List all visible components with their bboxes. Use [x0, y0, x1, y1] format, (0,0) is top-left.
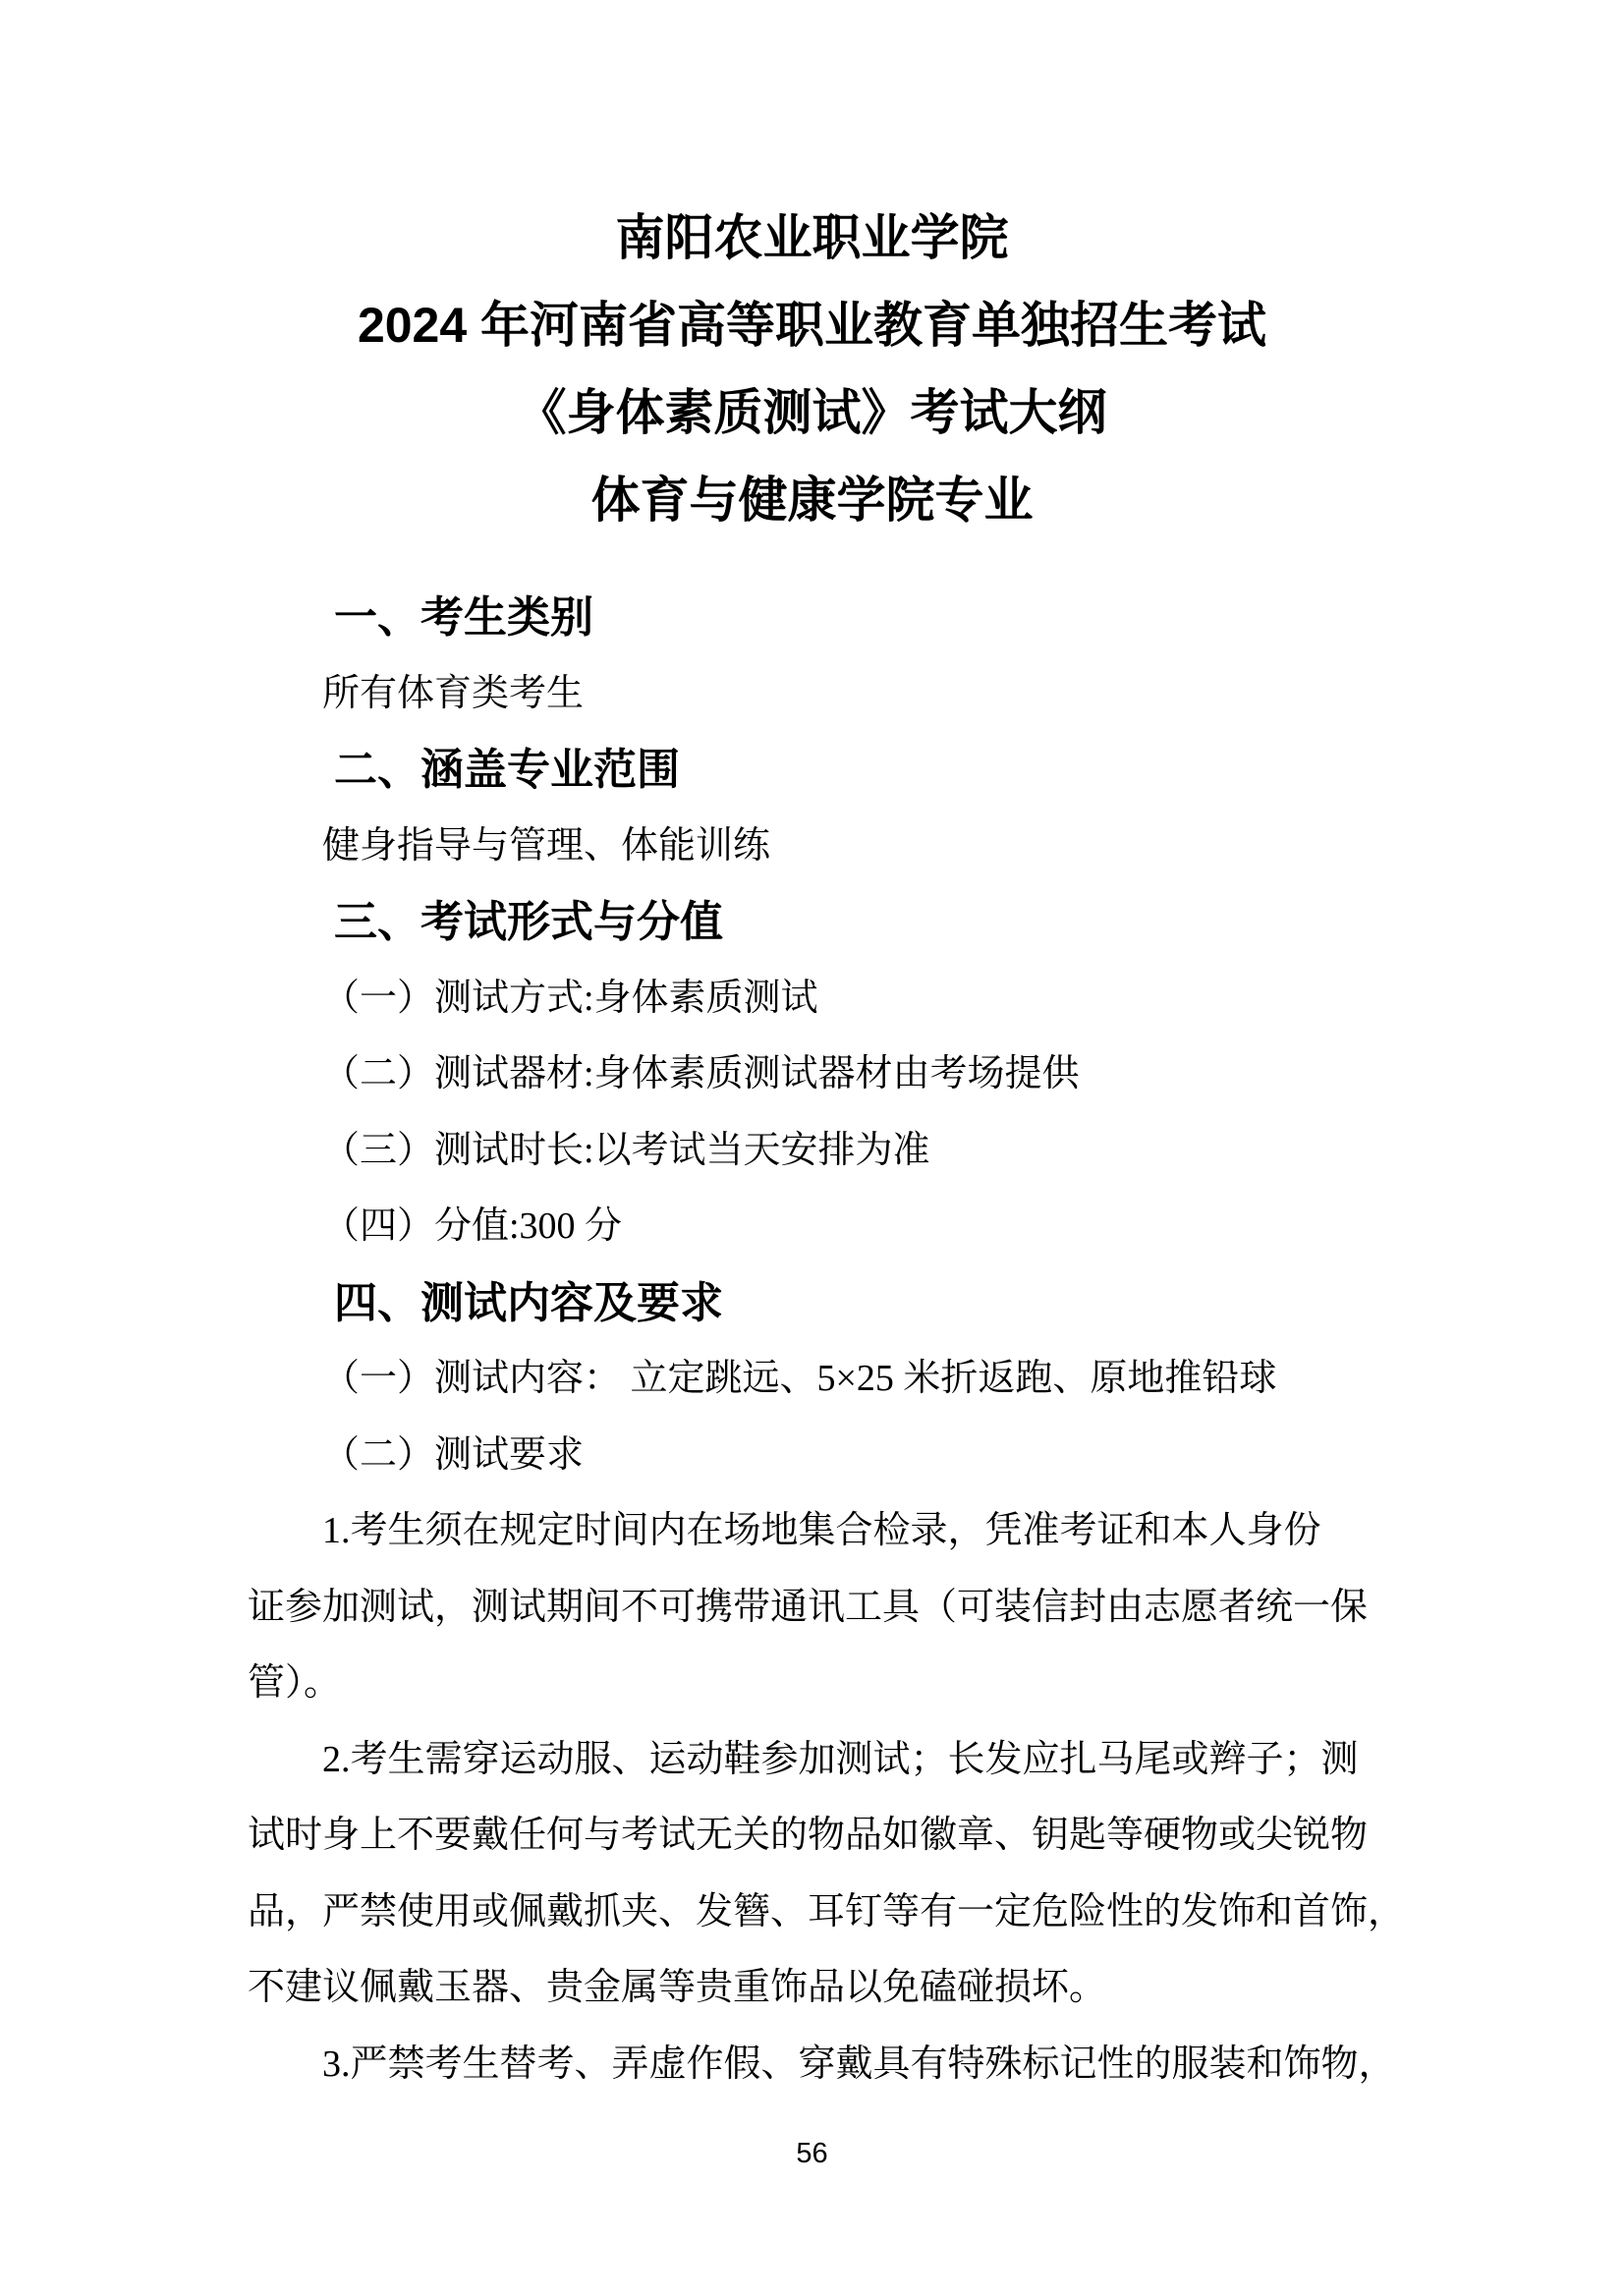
body-text-line: （二）测试要求 [248, 1418, 1375, 1494]
title-line: 体育与健康学院专业 [0, 457, 1624, 544]
document-page: 南阳农业职业学院2024 年河南省高等职业教育单独招生考试《身体素质测试》考试大… [0, 0, 1624, 2296]
title-line: 南阳农业职业学院 [0, 195, 1624, 282]
document-title-block: 南阳农业职业学院2024 年河南省高等职业教育单独招生考试《身体素质测试》考试大… [0, 195, 1624, 544]
body-text-line: 证参加测试，测试期间不可携带通讯工具（可装信封由志愿者统一保 [248, 1570, 1375, 1647]
page-number: 56 [0, 2134, 1624, 2173]
body-text-line: 2.考生需穿运动服、运动鞋参加测试；长发应扎马尾或辫子；测 [248, 1722, 1375, 1799]
body-text-line: 试时身上不要戴任何与考试无关的物品如徽章、钥匙等硬物或尖锐物 [248, 1798, 1375, 1875]
body-text-line: （二）测试器材:身体素质测试器材由考场提供 [248, 1036, 1375, 1113]
section-heading: 三、考试形式与分值 [248, 884, 1375, 961]
body-text-line: 所有体育类考生 [248, 656, 1375, 733]
body-text-line: （一）测试内容： 立定跳远、5×25 米折返跑、原地推铅球 [248, 1341, 1375, 1418]
body-text-line: （三）测试时长:以考试当天安排为准 [248, 1113, 1375, 1190]
body-text-line: 管）。 [248, 1646, 1375, 1722]
body-text-line: （四）分值:300 分 [248, 1189, 1375, 1265]
body-text-line: （一）测试方式:身体素质测试 [248, 961, 1375, 1037]
body-text-line: 3.严禁考生替考、弄虚作假、穿戴具有特殊标记性的服装和饰物， [248, 2027, 1375, 2103]
section-heading: 一、考生类别 [248, 580, 1375, 656]
title-line: 2024 年河南省高等职业教育单独招生考试 [0, 282, 1624, 369]
body-text-line: 1.考生须在规定时间内在场地集合检录，凭准考证和本人身份 [248, 1493, 1375, 1570]
title-line: 《身体素质测试》考试大纲 [0, 369, 1624, 457]
body-text-line: 品，严禁使用或佩戴抓夹、发簪、耳钉等有一定危险性的发饰和首饰， [248, 1875, 1375, 1951]
section-heading: 四、测试内容及要求 [248, 1265, 1375, 1342]
document-body: 一、考生类别所有体育类考生二、涵盖专业范围健身指导与管理、体能训练三、考试形式与… [248, 580, 1375, 2102]
body-text-line: 健身指导与管理、体能训练 [248, 809, 1375, 885]
section-heading: 二、涵盖专业范围 [248, 732, 1375, 809]
body-text-line: 不建议佩戴玉器、贵金属等贵重饰品以免磕碰损坏。 [248, 1950, 1375, 2027]
